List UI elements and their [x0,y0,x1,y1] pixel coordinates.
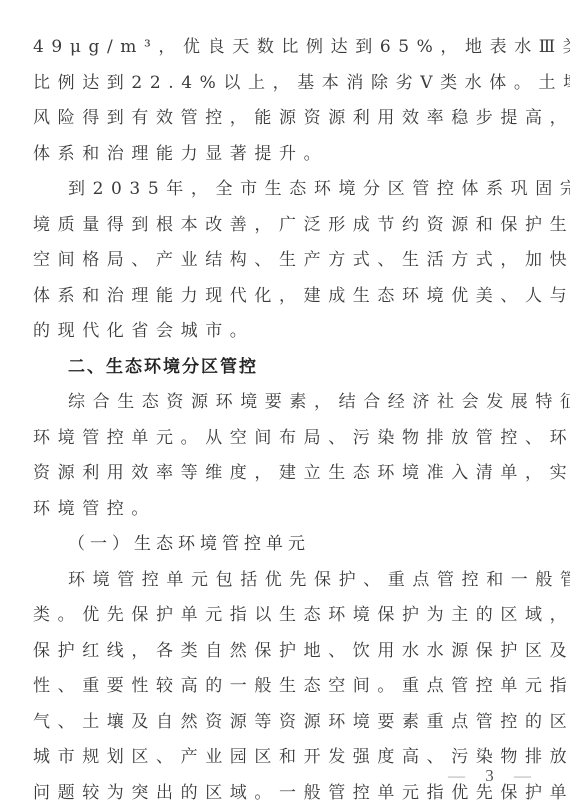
text-line: 风险得到有效管控，能源资源利用效率稳步提高，生态环境治理 [33,101,533,137]
text-line: 体系和治理能力现代化，建成生态环境优美、人与自然和谐共生 [33,279,533,315]
text-line: 环境管控单元。从空间布局、污染物排放管控、环境风险防控和 [33,421,533,457]
text-line: 到2035年，全市生态环境分区管控体系巩固完善，生态环 [33,172,533,208]
text-line: 49μg/m³，优良天数比例达到65%，地表水Ⅲ类水质以上断面 [33,30,533,66]
subsection-heading: （一）生态环境管控单元 [33,527,533,563]
page-number-right-dash: — [514,766,539,785]
document-page: 49μg/m³，优良天数比例达到65%，地表水Ⅲ类水质以上断面 比例达到22.4… [33,30,533,803]
paragraph-section-intro: 综合生态资源环境要素，结合经济社会发展特征，划定全市 环境管控单元。从空间布局、… [33,385,533,527]
text-line: 境质量得到根本改善，广泛形成节约资源和保护生态环境的绿色 [33,208,533,244]
text-line: 环境管控。 [33,492,533,528]
text-line: 气、土壤及自然资源等资源环境要素重点管控的区域，主要包括 [33,705,533,741]
page-number-left-dash: — [448,766,473,785]
page-number: — 3 — [448,766,539,786]
page-number-value: 3 [485,766,502,785]
text-line: 的现代化省会城市。 [33,314,533,350]
section-heading: 二、生态环境分区管控 [33,350,533,386]
text-line: 空间格局、产业结构、生产方式、生活方式，加快实现环境治理 [33,243,533,279]
text-line: 性、重要性较高的一般生态空间。重点管控单元指涉及水、大 [33,669,533,705]
text-line: 环境管控单元包括优先保护、重点管控和一般管控单元三 [33,563,533,599]
text-line: 保护红线，各类自然保护地、饮用水水源保护区及生态系统敏感 [33,634,533,670]
text-line: 体系和治理能力显著提升。 [33,137,533,173]
paragraph-2035-goals: 到2035年，全市生态环境分区管控体系巩固完善，生态环 境质量得到根本改善，广泛… [33,172,533,350]
text-line: 综合生态资源环境要素，结合经济社会发展特征，划定全市 [33,385,533,421]
paragraph-targets-continued: 49μg/m³，优良天数比例达到65%，地表水Ⅲ类水质以上断面 比例达到22.4… [33,30,533,172]
text-line: 比例达到22.4%以上，基本消除劣Ⅴ类水体。土壤污染等环境 [33,66,533,102]
text-line: 资源利用效率等维度，建立生态环境准入清单，实施差别化生态 [33,456,533,492]
text-line: 类。优先保护单元指以生态环境保护为主的区域，主要包括生态 [33,598,533,634]
